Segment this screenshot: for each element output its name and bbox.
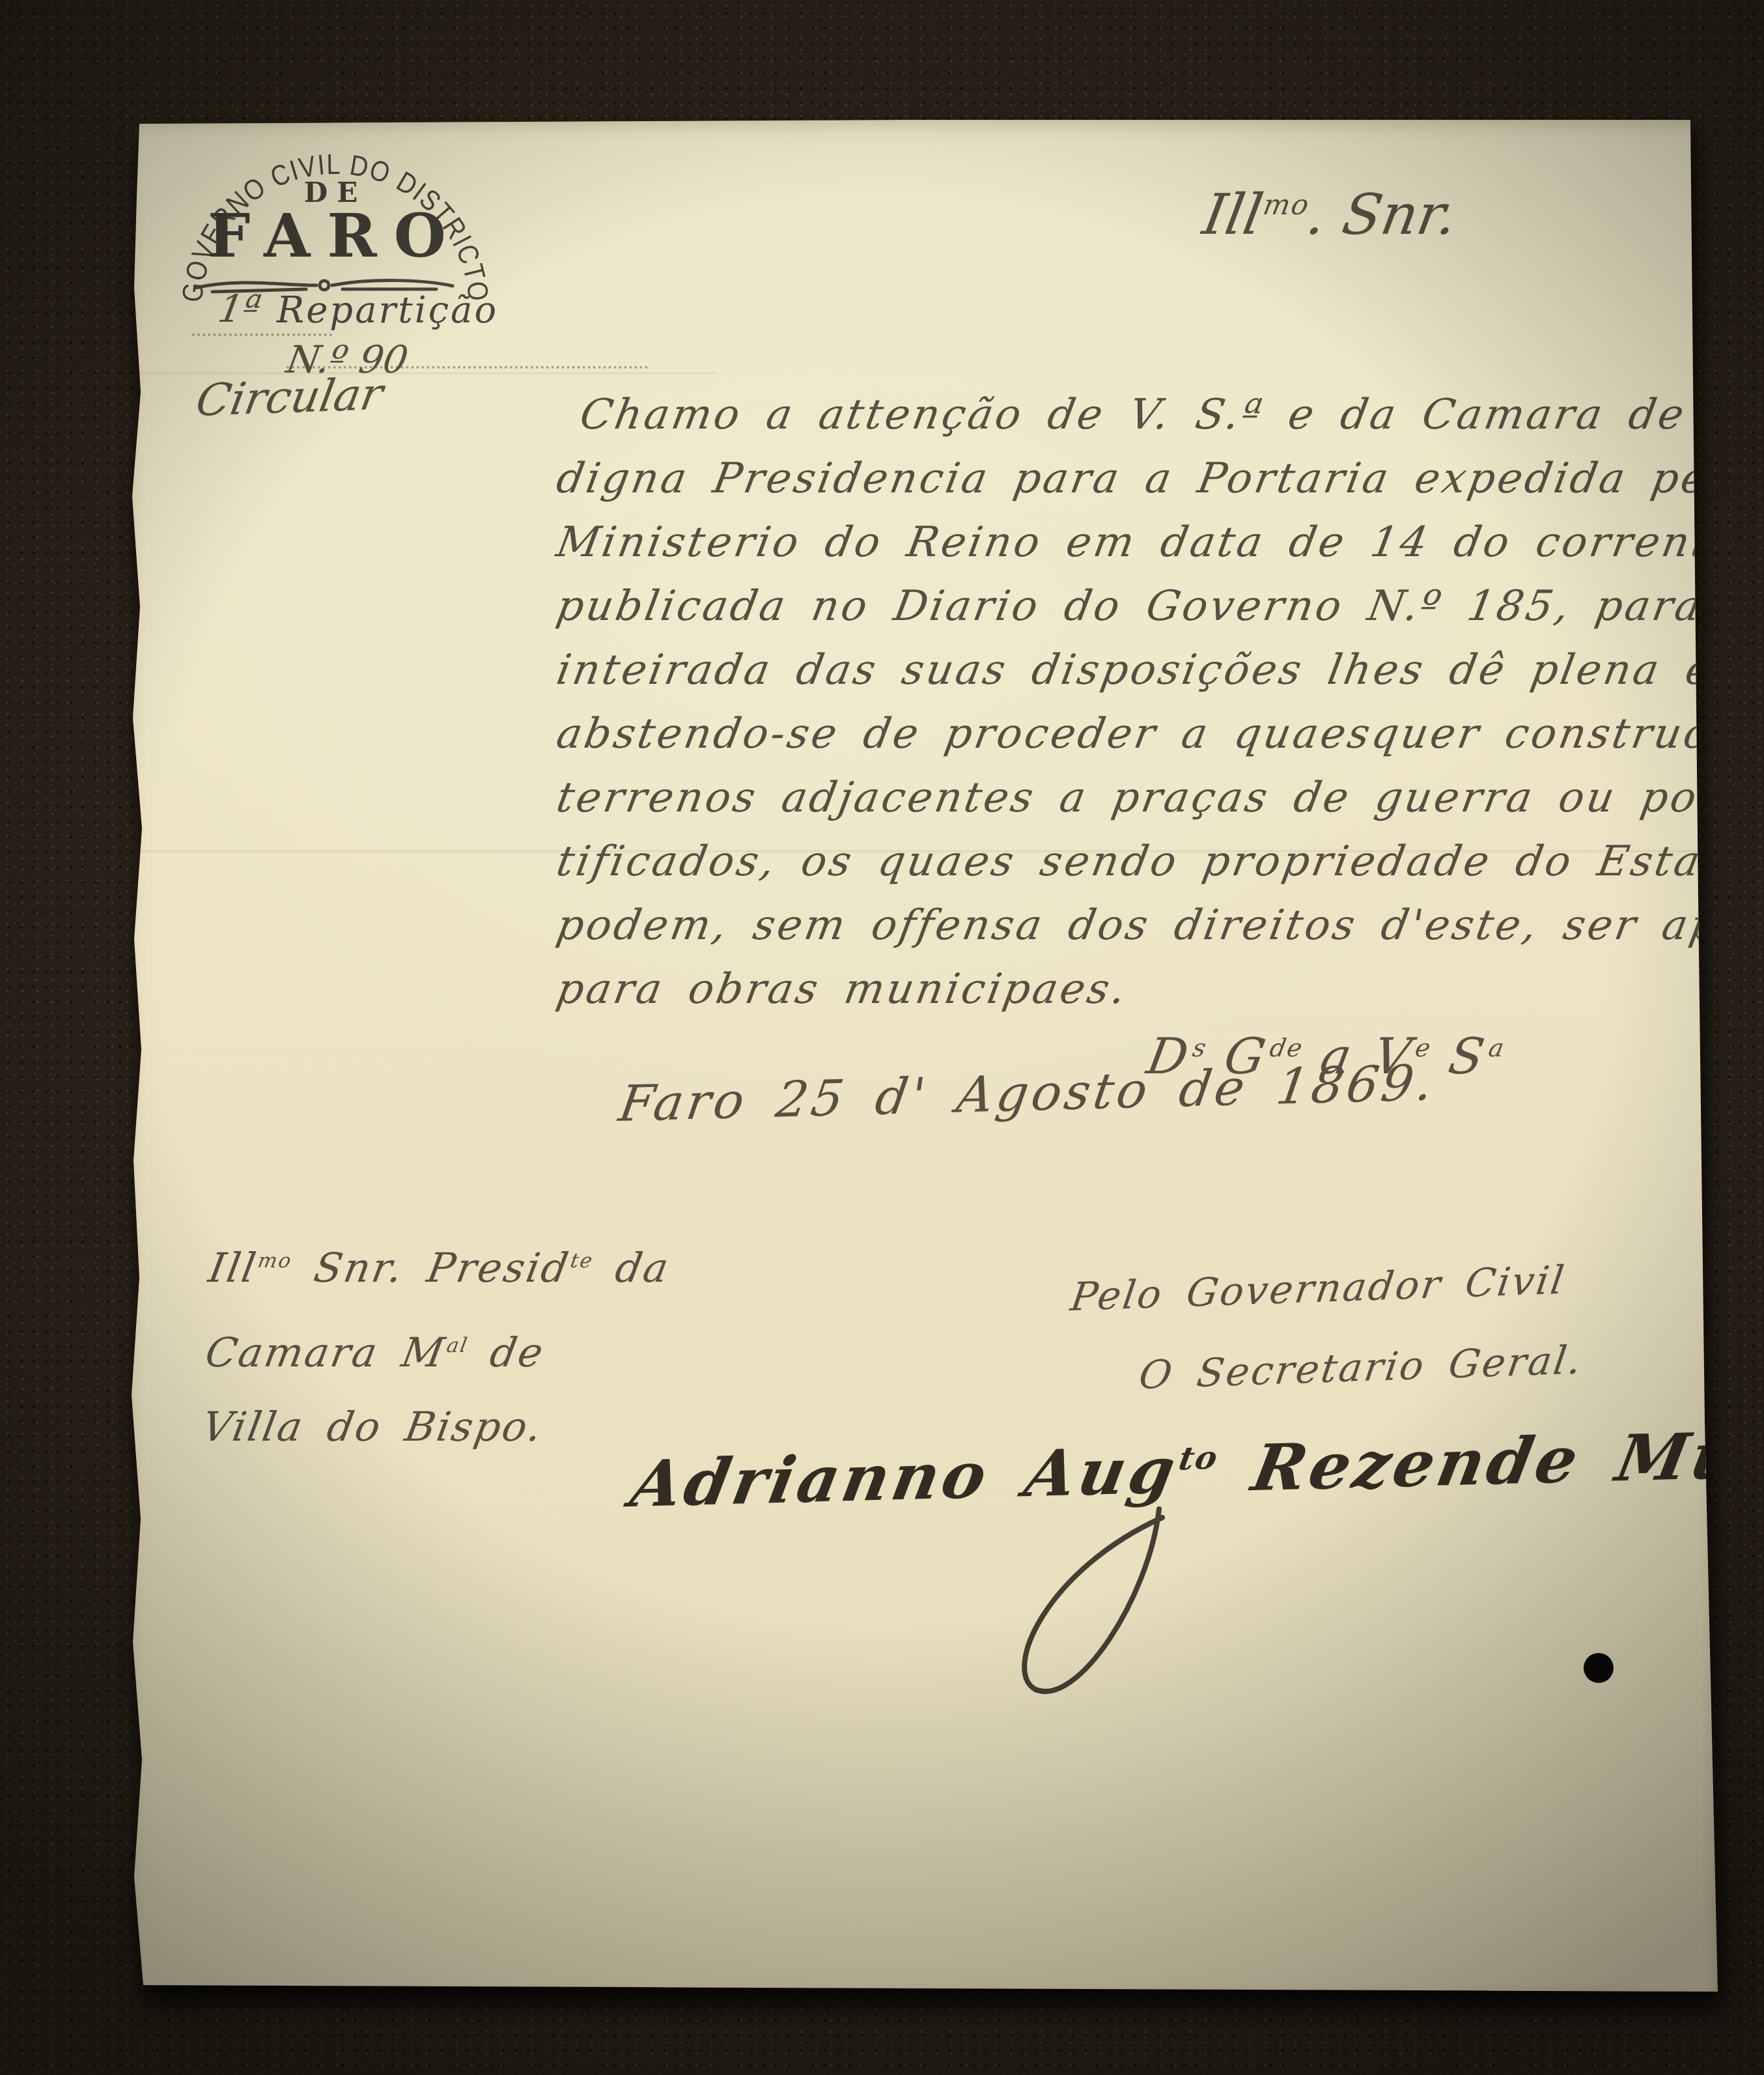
dateline: Faro 25 d' Agosto de 1869. [615,1053,1440,1133]
signature-flourish-icon [944,1493,1270,1753]
body-line: terrenos adjacentes a praças de guerra o… [550,774,1707,838]
punch-hole [1584,1653,1614,1683]
body-line: Ministerio do Reino em data de 14 do cor… [550,518,1707,582]
body-line: inteirada das suas disposições lhes dê p… [550,646,1707,710]
body-line: tificados, os quaes sendo propriedade do… [550,838,1707,901]
salutation: Illmo. Snr. [1198,182,1462,247]
stamp-faro: FARO [208,201,463,271]
body-line: digna Presidencia para a Portaria expedi… [550,455,1707,518]
repartition-number: 1ª [215,287,264,331]
body-line: abstendo-se de proceder a quaesquer cons… [550,710,1707,774]
addressee-line: Camara Mal de [202,1329,548,1376]
document-scan: GOVERNO CIVIL DO DISTRICTO DE FARO 1ª Re… [0,0,1764,2075]
dotted-line [192,333,332,336]
signoff-role-line: Pelo Governador Civil [1068,1258,1569,1320]
dotted-line [287,366,648,369]
body-line: Chamo a attenção de V. S.ª e da Camara d… [550,391,1731,455]
letter-paper-shadow: GOVERNO CIVIL DO DISTRICTO DE FARO 1ª Re… [130,119,1719,1994]
body-line: publicada no Diario do Governo N.º 185, … [550,582,1707,646]
signoff-title-line: O Secretario Geral. [1136,1337,1586,1398]
document-type: Circular [192,369,387,427]
addressee-line: Villa do Bispo. [199,1403,547,1450]
repartition-label: Repartição [277,289,498,332]
body-line: podem, sem offensa dos direitos d'este, … [550,901,1707,965]
addressee-line: Illmo Snr. Presidte da [205,1244,674,1292]
letter-paper: GOVERNO CIVIL DO DISTRICTO DE FARO 1ª Re… [130,119,1719,1994]
body-line: para obras municipaes. [550,965,1707,1029]
